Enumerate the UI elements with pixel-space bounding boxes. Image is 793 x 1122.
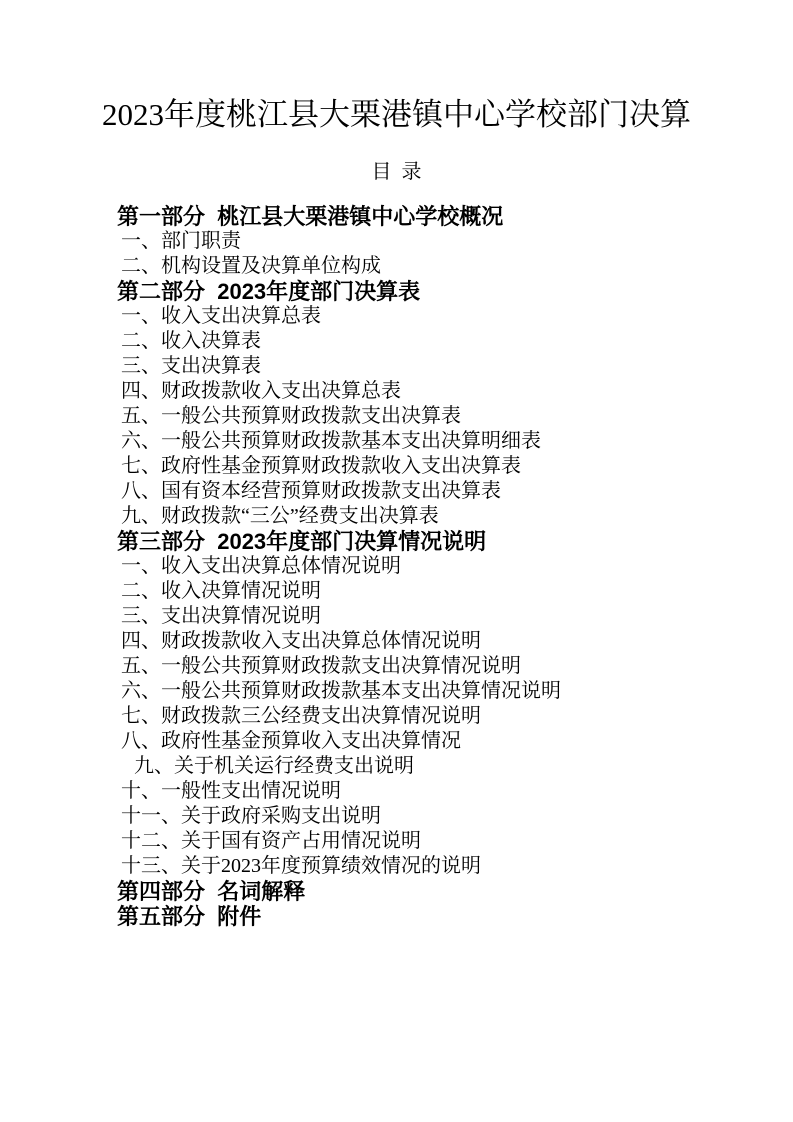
toc-item: 四、财政拨款收入支出决算总表 (0, 379, 793, 404)
toc-item: 四、财政拨款收入支出决算总体情况说明 (0, 629, 793, 654)
toc-item: 十一、关于政府采购支出说明 (0, 804, 793, 829)
toc-item: 十二、关于国有资产占用情况说明 (0, 829, 793, 854)
section-heading-4: 第四部分 名词解释 (0, 879, 793, 904)
toc-item: 一、部门职责 (0, 229, 793, 254)
section-heading-2: 第二部分 2023年度部门决算表 (0, 279, 793, 304)
toc-item: 七、财政拨款三公经费支出决算情况说明 (0, 704, 793, 729)
toc-item: 二、收入决算表 (0, 329, 793, 354)
toc-item: 一、收入支出决算总表 (0, 304, 793, 329)
toc-item: 十、一般性支出情况说明 (0, 779, 793, 804)
section-heading-3: 第三部分 2023年度部门决算情况说明 (0, 529, 793, 554)
section-heading-5: 第五部分 附件 (0, 904, 793, 929)
toc-heading: 目 录 (0, 161, 793, 184)
toc-item: 五、一般公共预算财政拨款支出决算表 (0, 404, 793, 429)
toc-item: 二、收入决算情况说明 (0, 579, 793, 604)
toc-list: 第一部分 桃江县大栗港镇中心学校概况 一、部门职责 二、机构设置及决算单位构成 … (0, 204, 793, 929)
toc-item: 五、一般公共预算财政拨款支出决算情况说明 (0, 654, 793, 679)
toc-item: 三、支出决算情况说明 (0, 604, 793, 629)
section-heading-1: 第一部分 桃江县大栗港镇中心学校概况 (0, 204, 793, 229)
toc-item: 八、政府性基金预算收入支出决算情况 (0, 729, 793, 754)
toc-item: 八、国有资本经营预算财政拨款支出决算表 (0, 479, 793, 504)
toc-item: 九、关于机关运行经费支出说明 (0, 754, 793, 779)
document-title: 2023年度桃江县大栗港镇中心学校部门决算 (0, 0, 793, 136)
toc-item: 七、政府性基金预算财政拨款收入支出决算表 (0, 454, 793, 479)
toc-item: 三、支出决算表 (0, 354, 793, 379)
toc-item: 十三、关于2023年度预算绩效情况的说明 (0, 854, 793, 879)
document-page: 2023年度桃江县大栗港镇中心学校部门决算 目 录 第一部分 桃江县大栗港镇中心… (0, 0, 793, 1122)
toc-item: 二、机构设置及决算单位构成 (0, 254, 793, 279)
toc-item: 六、一般公共预算财政拨款基本支出决算情况说明 (0, 679, 793, 704)
toc-item: 一、收入支出决算总体情况说明 (0, 554, 793, 579)
toc-item: 九、财政拨款“三公”经费支出决算表 (0, 504, 793, 529)
toc-item: 六、一般公共预算财政拨款基本支出决算明细表 (0, 429, 793, 454)
